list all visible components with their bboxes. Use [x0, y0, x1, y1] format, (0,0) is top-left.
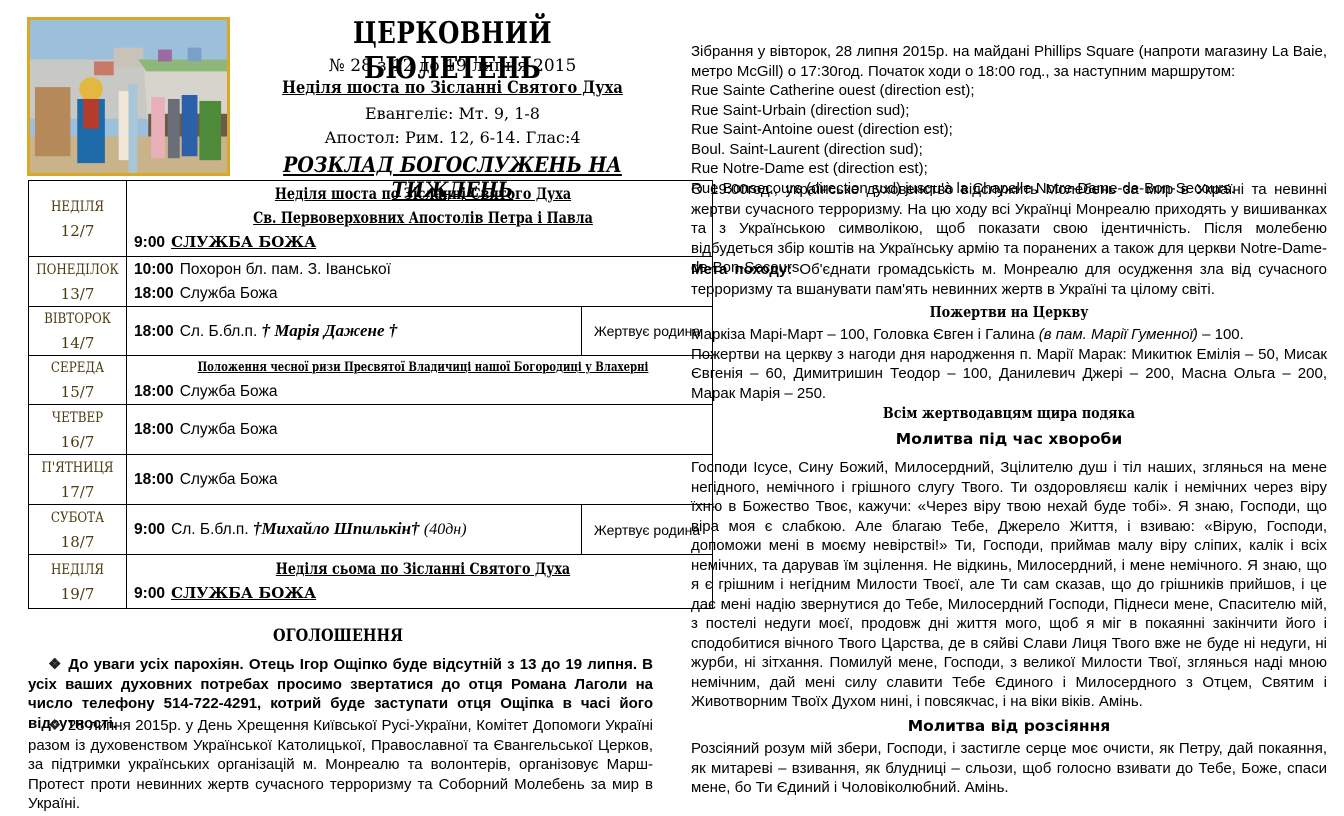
memorial-name: †Михайло Шпилькін†	[253, 519, 420, 538]
day-cell: НЕДІЛЯ19/7	[29, 555, 127, 609]
service-line: 18:00Служба Божа	[134, 468, 712, 492]
day-name: ПОНЕДІЛОК	[36, 258, 118, 282]
service-text: Похорон бл. пам. З. Іванської	[180, 261, 391, 278]
service-time: 18:00	[134, 285, 174, 302]
route-street: Rue Saint-Urbain (direction sud);	[691, 101, 1327, 121]
service-line: 10:00Похорон бл. пам. З. Іванської	[134, 258, 712, 282]
feast-title: Неділя шоста по Зісланні Святого Духа	[186, 182, 660, 206]
issue-number: № 28 з 12 до 19 липня 2015	[240, 56, 665, 76]
march-goal: Мета походу: Об'єднати громадськість м. …	[691, 260, 1327, 299]
services-cell: 9:00Сл. Б.бл.п. †Михайло Шпилькін† (40дн…	[127, 505, 582, 555]
schedule-row: СУБОТА18/79:00Сл. Б.бл.п. †Михайло Шпиль…	[29, 505, 713, 555]
prayer-title: Молитва від розсіяння	[691, 717, 1327, 735]
route-street: Boul. Saint-Laurent (direction sud);	[691, 140, 1327, 160]
day-name: П'ЯТНИЦЯ	[36, 456, 118, 480]
day-cell: ЧЕТВЕР16/7	[29, 405, 127, 455]
day-date: 15/7	[61, 383, 95, 401]
service-time: 10:00	[134, 261, 174, 278]
icon-image-christ-healing-paralytic	[27, 17, 230, 176]
march-details: Зібрання у вівторок, 28 липня 2015р. на …	[691, 42, 1327, 198]
donations-title: Пожертви на Церкву	[739, 303, 1280, 321]
apostle-reading: Апостол: Рим. 12, 6-14. Глас:4	[240, 128, 665, 147]
bullet-diamond-icon: ❖	[48, 656, 62, 673]
service-text: Служба Божа	[180, 285, 278, 302]
bullet-diamond-icon: ❖	[48, 717, 62, 734]
service-time: 9:00	[134, 234, 165, 251]
schedule-row: ВІВТОРОК14/718:00Сл. Б.бл.п. † Марія Даж…	[29, 307, 713, 356]
services-cell: Неділя шоста по Зісланні Святого ДухаСв.…	[127, 181, 713, 257]
feast-title: Св. Первоверховних Апостолів Петра і Пав…	[186, 206, 660, 230]
day-date: 19/7	[61, 585, 95, 603]
service-time: 9:00	[134, 585, 165, 602]
services-cell: 18:00Служба Божа	[127, 455, 713, 505]
weekly-schedule-table: НЕДІЛЯ12/7Неділя шоста по Зісланні Свято…	[28, 180, 713, 609]
services-cell: 18:00Служба Божа	[127, 405, 713, 455]
service-time: 18:00	[134, 383, 174, 400]
sunday-title: Неділя шоста по Зісланні Святого Духа	[270, 78, 636, 98]
feast-title: Неділя сьома по Зісланні Святого Духа	[186, 557, 660, 581]
services-cell: Неділя сьома по Зісланні Святого Духа9:0…	[127, 555, 713, 609]
day-name: СЕРЕДА	[36, 356, 118, 380]
icon-illustration	[30, 20, 227, 173]
day-name: НЕДІЛЯ	[36, 558, 118, 582]
service-line: 18:00Служба Божа	[134, 282, 712, 306]
schedule-row: НЕДІЛЯ12/7Неділя шоста по Зісланні Свято…	[29, 181, 713, 257]
day-name: СУБОТА	[36, 506, 118, 530]
service-text: СЛУЖБА БОЖА	[171, 584, 316, 602]
day-name: ВІВТОРОК	[36, 307, 118, 331]
service-time: 9:00	[134, 521, 165, 538]
service-text: Служба Божа	[180, 471, 278, 488]
service-line: 18:00Сл. Б.бл.п. † Марія Дажене †	[134, 319, 581, 344]
prayer-title: Молитва під час хвороби	[691, 430, 1327, 448]
day-cell: ВІВТОРОК14/7	[29, 307, 127, 356]
services-cell: 10:00Похорон бл. пам. З. Іванської18:00С…	[127, 257, 713, 307]
service-line: 9:00СЛУЖБА БОЖА	[134, 581, 712, 606]
schedule-row: НЕДІЛЯ19/7Неділя сьома по Зісланні Свято…	[29, 555, 713, 609]
march-intro: Зібрання у вівторок, 28 липня 2015р. на …	[691, 43, 1327, 80]
services-cell: Положення чесної ризи Пресвятої Владичиц…	[127, 356, 713, 405]
schedule-row: П'ЯТНИЦЯ17/718:00Служба Божа	[29, 455, 713, 505]
route-street: Rue Sainte Catherine ouest (direction es…	[691, 81, 1327, 101]
route-street: Rue Saint-Antoine ouest (direction est);	[691, 120, 1327, 140]
prayer-text: Господи Ісусе, Сину Божий, Милосердний, …	[691, 458, 1327, 712]
donations-list: Маркіза Марі-Март – 100, Головка Євген і…	[691, 325, 1327, 403]
day-cell: СУБОТА18/7	[29, 505, 127, 555]
announcement-item: ❖28 липня 2015р. у День Хрещення Київськ…	[28, 716, 653, 814]
service-time: 18:00	[134, 471, 174, 488]
service-text: Служба Божа	[180, 421, 278, 438]
service-text: Служба Божа	[180, 383, 278, 400]
schedule-row: ЧЕТВЕР16/718:00Служба Божа	[29, 405, 713, 455]
feast-title: Положення чесної ризи Пресвятої Владичиц…	[198, 356, 649, 380]
memorial-name: † Марія Дажене †	[262, 321, 398, 340]
service-line: 9:00СЛУЖБА БОЖА	[134, 230, 712, 255]
day-date: 16/7	[61, 433, 95, 451]
service-line: 18:00Служба Божа	[134, 380, 712, 404]
services-cell: 18:00Сл. Б.бл.п. † Марія Дажене †	[127, 307, 582, 356]
thanks-line: Всім жертводавцям щира подяка	[739, 404, 1280, 422]
schedule-row: ПОНЕДІЛОК13/710:00Похорон бл. пам. З. Ів…	[29, 257, 713, 307]
day-date: 18/7	[61, 533, 95, 551]
route-street: Rue Notre-Dame est (direction est);	[691, 159, 1327, 179]
service-line: 9:00Сл. Б.бл.п. †Михайло Шпилькін† (40дн…	[134, 517, 581, 542]
service-time: 18:00	[134, 323, 174, 340]
schedule-row: СЕРЕДА15/7Положення чесної ризи Пресвято…	[29, 356, 713, 405]
service-text: СЛУЖБА БОЖА	[171, 233, 316, 251]
service-prefix: Сл. Б.бл.п.	[171, 521, 249, 538]
day-date: 12/7	[61, 222, 95, 240]
gospel-reading: Евангеліє: Мт. 9, 1-8	[240, 104, 665, 123]
day-date: 13/7	[61, 285, 95, 303]
day-cell: СЕРЕДА15/7	[29, 356, 127, 405]
day-date: 14/7	[61, 334, 95, 352]
day-date: 17/7	[61, 483, 95, 501]
day-cell: НЕДІЛЯ12/7	[29, 181, 127, 257]
day-cell: П'ЯТНИЦЯ17/7	[29, 455, 127, 505]
service-line: 18:00Служба Божа	[134, 418, 712, 442]
service-prefix: Сл. Б.бл.п.	[180, 323, 258, 340]
memorial-note: (40дн)	[424, 521, 467, 538]
prayer-text: Розсіяний розум мій збери, Господи, і за…	[691, 739, 1327, 798]
announcements-title: ОГОЛОШЕННЯ	[75, 626, 602, 646]
service-time: 18:00	[134, 421, 174, 438]
day-name: ЧЕТВЕР	[36, 406, 118, 430]
day-cell: ПОНЕДІЛОК13/7	[29, 257, 127, 307]
day-name: НЕДІЛЯ	[36, 195, 118, 219]
